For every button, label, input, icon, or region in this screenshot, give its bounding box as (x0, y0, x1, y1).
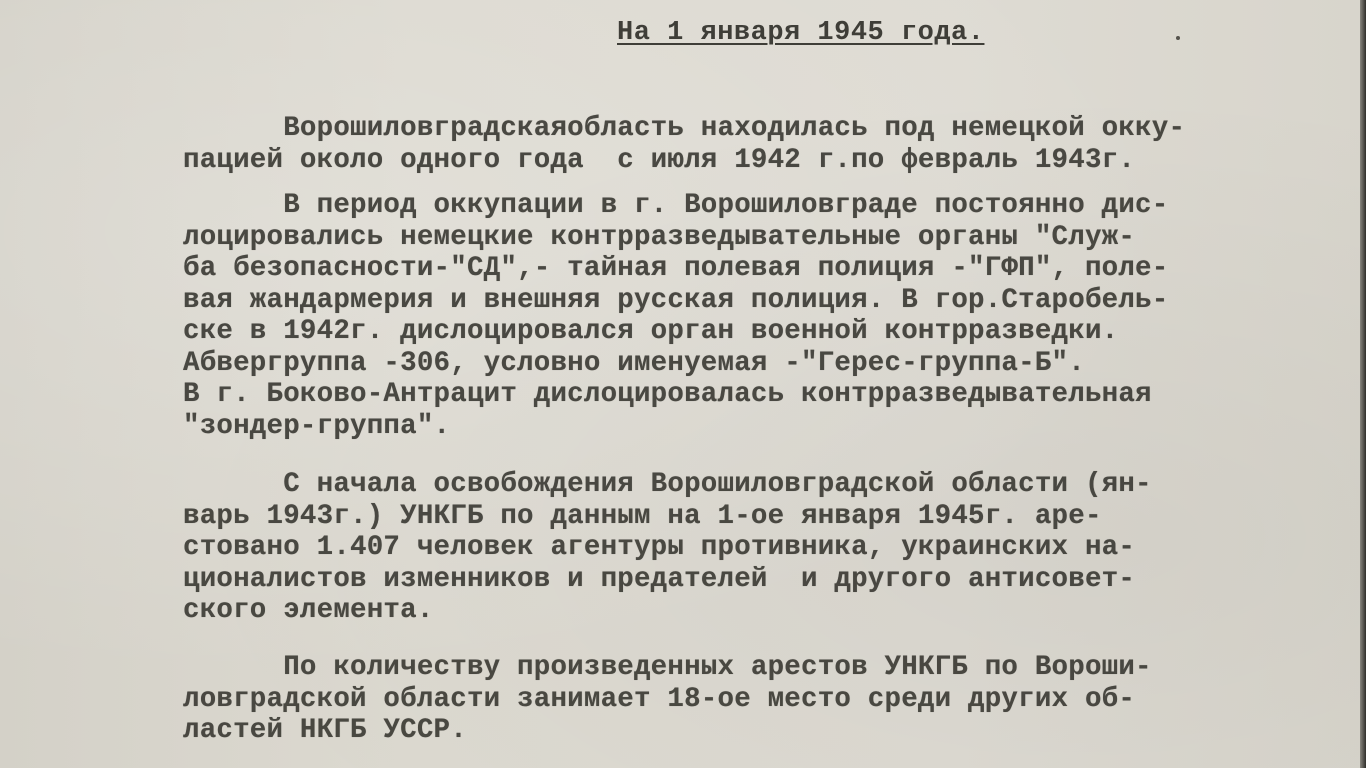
text-line: ционалистов изменников и предателей и др… (183, 564, 1343, 596)
text-line: ловградской области занимает 18-ое место… (183, 684, 1343, 716)
text-line: варь 1943г.) УНКГБ по данным на 1-ое янв… (183, 501, 1343, 533)
text-line: С начала освобождения Ворошиловградской … (183, 469, 1343, 501)
text-line: ского элемента. (183, 595, 1343, 627)
paragraph-occupation-period: Ворошиловградскаяобласть находилась под … (183, 113, 1343, 176)
text-line: лоцировались немецкие контрразведыватель… (183, 222, 1343, 254)
text-line: вая жандармерия и внешняя русская полици… (183, 285, 1343, 317)
paragraph-ranking: По количеству произведенных арестов УНКГ… (183, 652, 1343, 747)
text-line: ластей НКГБ УССР. (183, 715, 1343, 747)
text-line: ба безопасности-"СД",- тайная полевая по… (183, 253, 1343, 285)
ink-speck (1176, 36, 1180, 40)
text-line: ске в 1942г. дислоцировался орган военно… (183, 316, 1343, 348)
text-line: Ворошиловградскаяобласть находилась под … (183, 113, 1343, 145)
text-line: "зондер-группа". (183, 411, 1343, 443)
text-line: стовано 1.407 человек агентуры противник… (183, 532, 1343, 564)
paragraph-german-organs: В период оккупации в г. Ворошиловграде п… (183, 190, 1343, 442)
text-line: Абвергруппа -306, условно именуемая -"Ге… (183, 348, 1343, 380)
page-edge-shadow (1360, 0, 1366, 768)
document-heading: На 1 января 1945 года. (617, 18, 984, 48)
scanned-document-page: На 1 января 1945 года. Ворошиловградская… (0, 0, 1360, 768)
text-line: В период оккупации в г. Ворошиловграде п… (183, 190, 1343, 222)
text-line: В г. Боково-Антрацит дислоцировалась кон… (183, 379, 1343, 411)
text-line: По количеству произведенных арестов УНКГ… (183, 652, 1343, 684)
paragraph-arrests: С начала освобождения Ворошиловградской … (183, 469, 1343, 627)
text-line: пацией около одного года с июля 1942 г.п… (183, 145, 1343, 177)
